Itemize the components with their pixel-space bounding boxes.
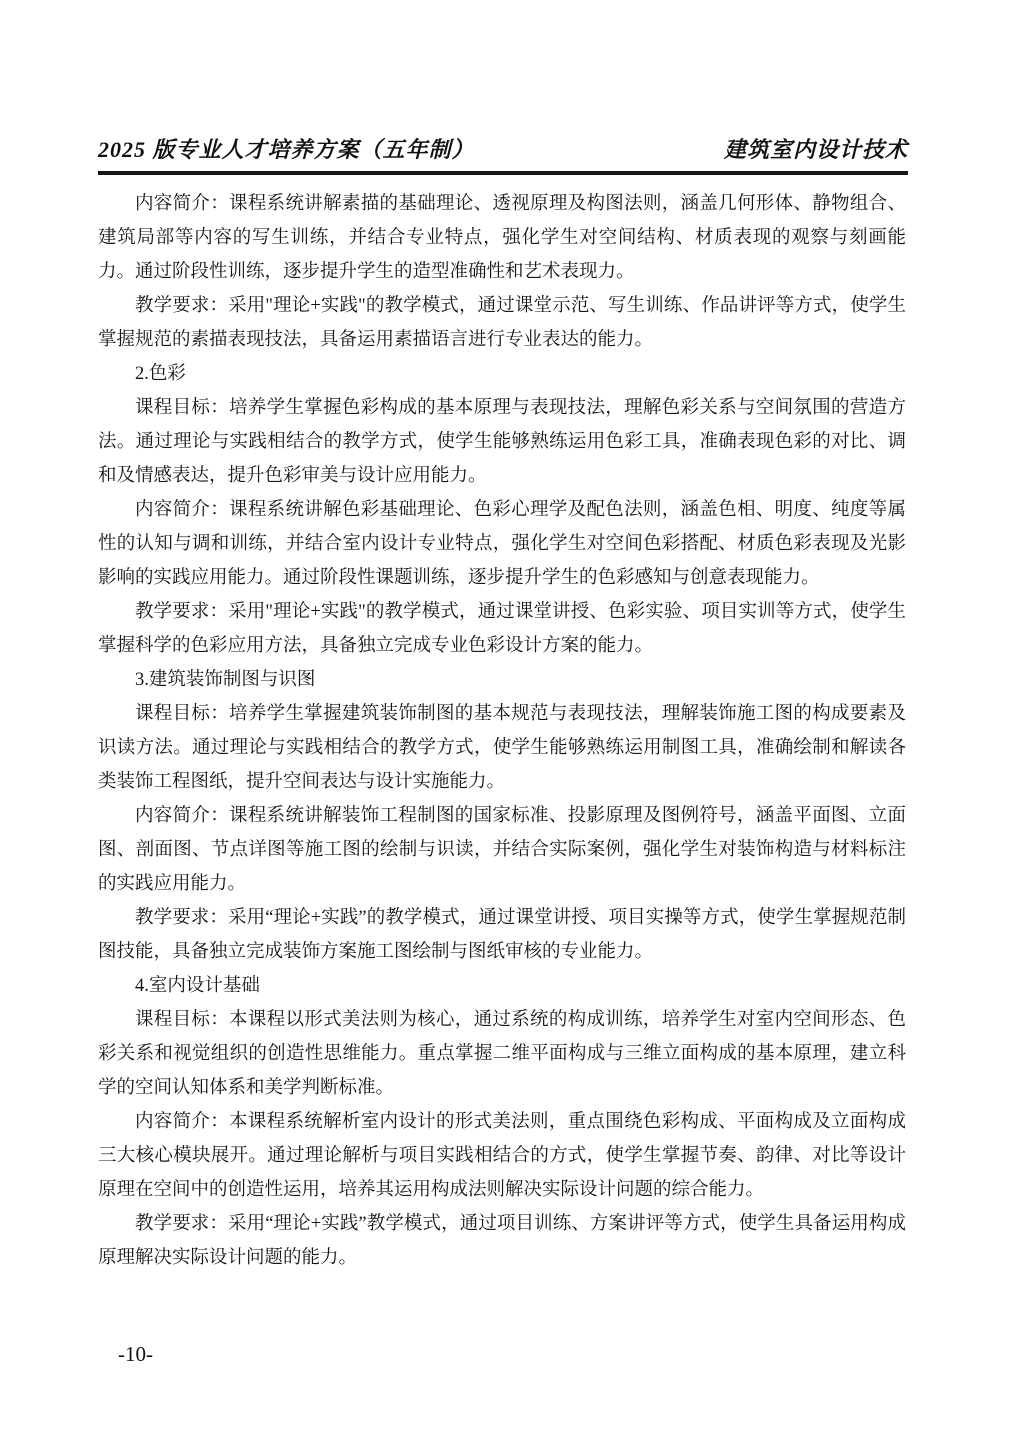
paragraph: 内容简介：课程系统讲解素描的基础理论、透视原理及构图法则，涵盖几何形体、静物组合… [98, 187, 906, 289]
course-heading: 4.室内设计基础 [98, 969, 906, 1003]
paragraph: 课程目标：培养学生掌握色彩构成的基本原理与表现技法，理解色彩关系与空间氛围的营造… [98, 391, 906, 493]
document-body: 内容简介：课程系统讲解素描的基础理论、透视原理及构图法则，涵盖几何形体、静物组合… [98, 187, 906, 1275]
header-left-title: 2025 版专业人才培养方案（五年制） [98, 136, 475, 164]
page-number: -10- [118, 1341, 153, 1367]
paragraph: 内容简介：本课程系统解析室内设计的形式美法则，重点围绕色彩构成、平面构成及立面构… [98, 1105, 906, 1207]
header-right-title: 建筑室内设计技术 [724, 136, 908, 164]
paragraph: 教学要求：采用"理论+实践"的教学模式，通过课堂示范、写生训练、作品讲评等方式，… [98, 289, 906, 357]
course-heading: 2.色彩 [98, 357, 906, 391]
course-heading: 3.建筑装饰制图与识图 [98, 663, 906, 697]
paragraph: 教学要求：采用“理论+实践”教学模式，通过项目训练、方案讲评等方式，使学生具备运… [98, 1207, 906, 1275]
document-page: 2025 版专业人才培养方案（五年制） 建筑室内设计技术 内容简介：课程系统讲解… [0, 0, 1024, 1448]
paragraph: 内容简介：课程系统讲解色彩基础理论、色彩心理学及配色法则，涵盖色相、明度、纯度等… [98, 493, 906, 595]
header-double-rule [98, 171, 908, 175]
paragraph: 教学要求：采用“理论+实践”的教学模式，通过课堂讲授、项目实操等方式，使学生掌握… [98, 901, 906, 969]
page-header: 2025 版专业人才培养方案（五年制） 建筑室内设计技术 [98, 136, 908, 175]
paragraph: 教学要求：采用"理论+实践"的教学模式，通过课堂讲授、色彩实验、项目实训等方式，… [98, 595, 906, 663]
paragraph: 课程目标：培养学生掌握建筑装饰制图的基本规范与表现技法，理解装饰施工图的构成要素… [98, 697, 906, 799]
paragraph: 内容简介：课程系统讲解装饰工程制图的国家标准、投影原理及图例符号，涵盖平面图、立… [98, 799, 906, 901]
paragraph: 课程目标：本课程以形式美法则为核心，通过系统的构成训练，培养学生对室内空间形态、… [98, 1003, 906, 1105]
